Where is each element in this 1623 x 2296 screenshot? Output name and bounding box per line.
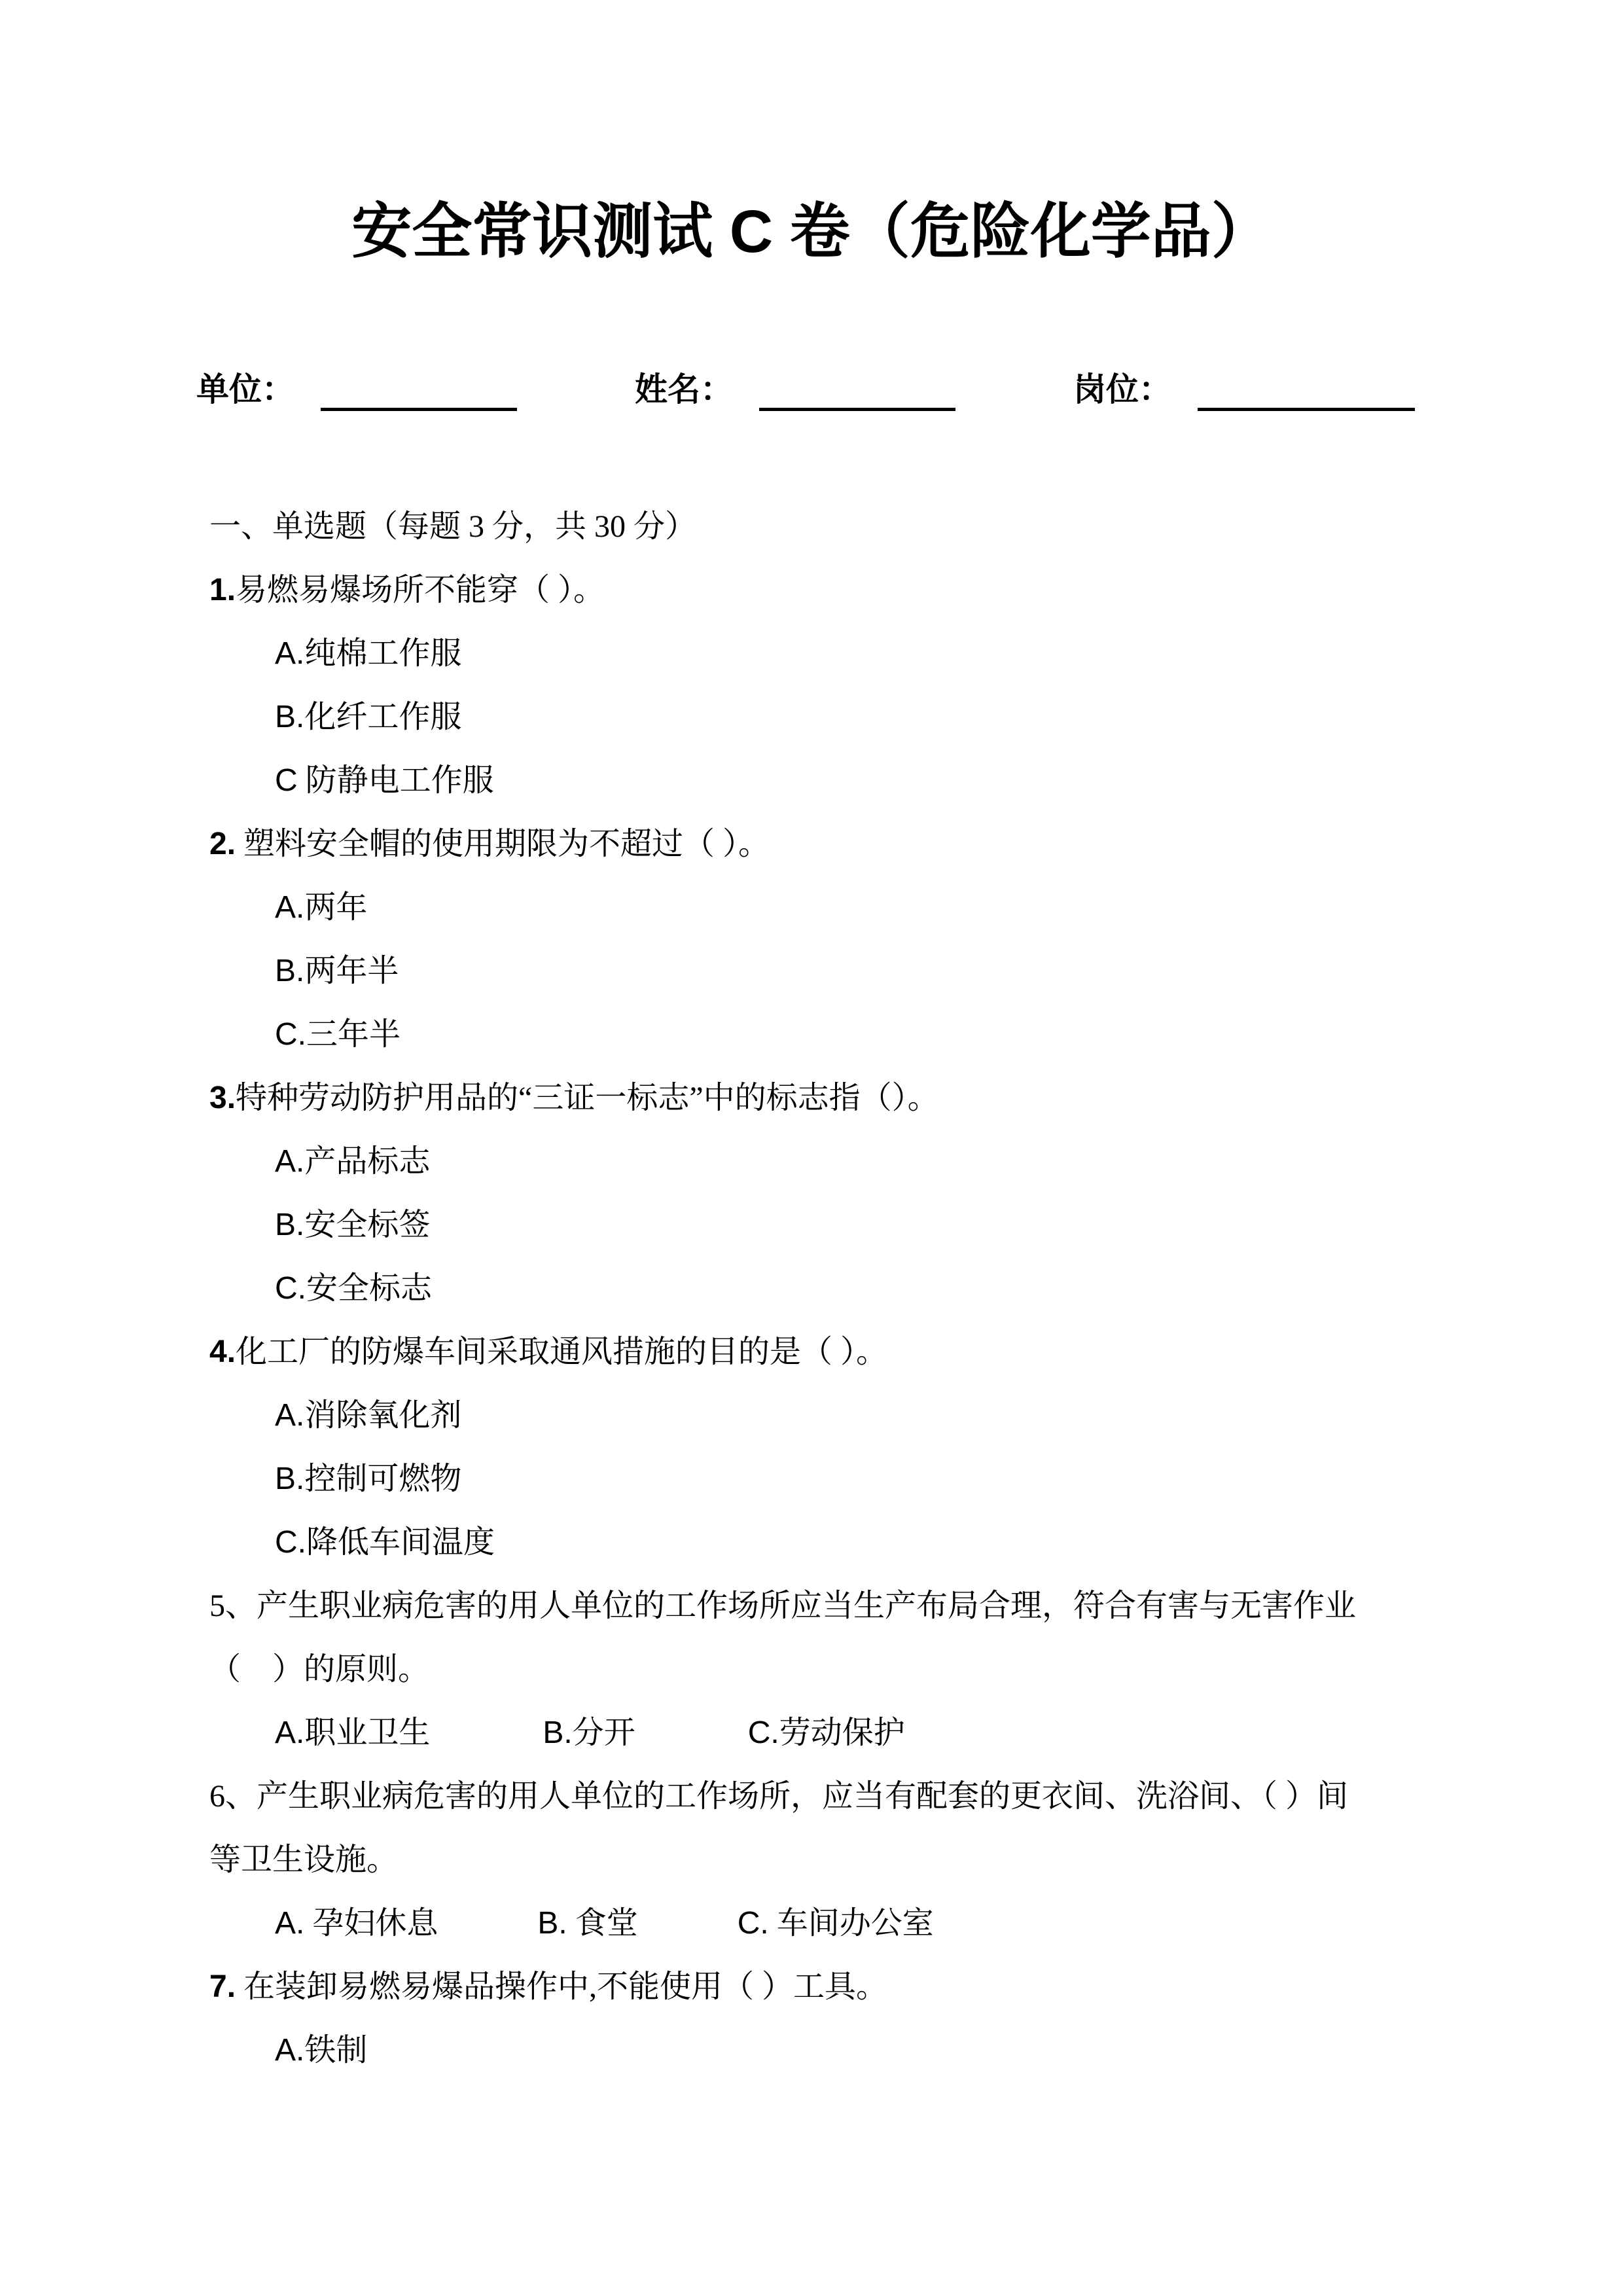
exam-paper-page: 安全常识测试 C 卷（危险化学品） 单位： 姓名： 岗位： 一、单选题（每题 3… [0,0,1623,2296]
option-letter: A. [275,2033,304,2068]
question-1-option-c: C 防静电工作服 [0,749,1623,812]
option-letter: B. [275,1208,304,1242]
option-letter: A. [275,1144,304,1179]
question-5: 5、产生职业病危害的用人单位的工作场所应当生产布局合理，符合有害与无害作业 [0,1574,1623,1638]
option-letter: C. [738,1906,769,1941]
question-2-option-a: A.两年 [0,876,1623,939]
option-text: 食堂 [567,1906,638,1941]
header-fields-row: 单位： 姓名： 岗位： [196,365,1415,411]
question-5-number: 5、 [209,1588,257,1623]
option-letter: C. [275,1525,306,1560]
question-5-options: A.职业卫生 B.分开 C.劳动保护 [0,1701,1623,1765]
option-letter: A. [275,1715,304,1750]
question-1-option-b: B.化纤工作服 [0,685,1623,749]
name-blank-line [759,371,955,411]
question-1: 1.易燃易爆场所不能穿（ ）。 [0,558,1623,622]
question-6-option-c: C. 车间办公室 [738,1906,934,1941]
question-1-text: 易燃易爆场所不能穿（ ）。 [236,573,605,607]
name-label: 姓名： [635,368,733,411]
option-text: 控制可燃物 [304,1462,461,1496]
question-3-text: 特种劳动防护用品的“三证一标志”中的标志指（）。 [236,1081,939,1115]
question-5-continued: （ ）的原则。 [0,1638,1623,1701]
option-text: 车间办公室 [769,1906,934,1941]
question-6-number: 6、 [209,1779,257,1814]
question-4: 4.化工厂的防爆车间采取通风措施的目的是（ ）。 [0,1320,1623,1384]
question-3-option-c: C.安全标志 [0,1257,1623,1320]
question-6: 6、产生职业病危害的用人单位的工作场所，应当有配套的更衣间、洗浴间、（ ）间 [0,1765,1623,1828]
question-5-text: 产生职业病危害的用人单位的工作场所应当生产布局合理，符合有害与无害作业 [257,1588,1356,1623]
question-7-text: 在装卸易燃易爆品操作中,不能使用（ ）工具。 [236,1969,887,2004]
option-letter: B. [275,1462,304,1496]
question-7-option-a: A.铁制 [0,2018,1623,2082]
option-text: 两年 [304,890,367,925]
option-text: 消除氧化剂 [304,1398,461,1433]
option-text: 化纤工作服 [304,700,461,734]
question-2-option-c: C.三年半 [0,1003,1623,1066]
question-2-number: 2. [209,827,236,861]
option-text: 安全标志 [306,1271,432,1306]
option-letter: C [275,763,298,798]
question-4-option-b: B.控制可燃物 [0,1447,1623,1511]
option-text: 分开 [573,1715,635,1750]
question-7: 7. 在装卸易燃易爆品操作中,不能使用（ ）工具。 [0,1955,1623,2018]
question-6-continued: 等卫生设施。 [0,1828,1623,1892]
question-4-number: 4. [209,1335,236,1369]
unit-label: 单位： [196,368,294,411]
question-6-text-line2: 等卫生设施。 [209,1842,398,1877]
question-2: 2. 塑料安全帽的使用期限为不超过（ ）。 [0,812,1623,876]
page-title: 安全常识测试 C 卷（危险化学品） [0,0,1623,262]
question-5-option-b: B.分开 [543,1715,635,1750]
post-label: 岗位： [1073,368,1171,411]
question-5-text-line2: （ ）的原则。 [209,1652,429,1687]
question-4-text: 化工厂的防爆车间采取通风措施的目的是（ ）。 [236,1335,887,1369]
option-text: 纯棉工作服 [304,636,461,671]
option-text: 孕妇休息 [304,1906,438,1941]
option-letter: A. [275,1398,304,1433]
field-name: 姓名： [635,368,955,411]
option-letter: B. [275,954,304,988]
question-2-text: 塑料安全帽的使用期限为不超过（ ）。 [236,827,770,861]
question-3-option-a: A.产品标志 [0,1130,1623,1193]
question-3-number: 3. [209,1081,236,1115]
question-body: 一、单选题（每题 3 分，共 30 分） 1.易燃易爆场所不能穿（ ）。 A.纯… [0,495,1623,2082]
question-2-option-b: B.两年半 [0,939,1623,1003]
option-text: 劳动保护 [779,1715,905,1750]
section-header: 一、单选题（每题 3 分，共 30 分） [0,495,1623,558]
option-letter: B. [275,700,304,734]
option-letter: B. [537,1906,567,1941]
option-text: 安全标签 [304,1208,430,1242]
question-3: 3.特种劳动防护用品的“三证一标志”中的标志指（）。 [0,1066,1623,1130]
option-letter: C. [275,1271,306,1306]
question-6-option-a: A. 孕妇休息 [275,1906,438,1941]
question-1-number: 1. [209,573,236,607]
question-6-options: A. 孕妇休息 B. 食堂 C. 车间办公室 [0,1892,1623,1955]
question-6-text: 产生职业病危害的用人单位的工作场所，应当有配套的更衣间、洗浴间、（ ）间 [257,1779,1348,1814]
question-5-option-c: C.劳动保护 [748,1715,905,1750]
field-post: 岗位： [1073,368,1415,411]
option-text: 防静电工作服 [298,763,494,798]
question-4-option-c: C.降低车间温度 [0,1511,1623,1574]
option-letter: C. [748,1715,779,1750]
option-letter: B. [543,1715,572,1750]
option-text: 三年半 [306,1017,401,1052]
option-letter: A. [275,890,304,925]
option-text: 职业卫生 [304,1715,430,1750]
option-letter: A. [275,636,304,671]
question-7-number: 7. [209,1969,236,2004]
option-letter: C. [275,1017,306,1052]
question-6-option-b: B. 食堂 [537,1906,637,1941]
option-text: 产品标志 [304,1144,430,1179]
post-blank-line [1198,371,1415,411]
option-letter: A. [275,1906,304,1941]
question-3-option-b: B.安全标签 [0,1193,1623,1257]
question-4-option-a: A.消除氧化剂 [0,1384,1623,1447]
unit-blank-line [321,371,517,411]
option-text: 两年半 [304,954,399,988]
option-text: 降低车间温度 [306,1525,495,1560]
field-unit: 单位： [196,368,517,411]
option-text: 铁制 [304,2033,367,2068]
question-5-option-a: A.职业卫生 [275,1715,430,1750]
question-1-option-a: A.纯棉工作服 [0,622,1623,685]
